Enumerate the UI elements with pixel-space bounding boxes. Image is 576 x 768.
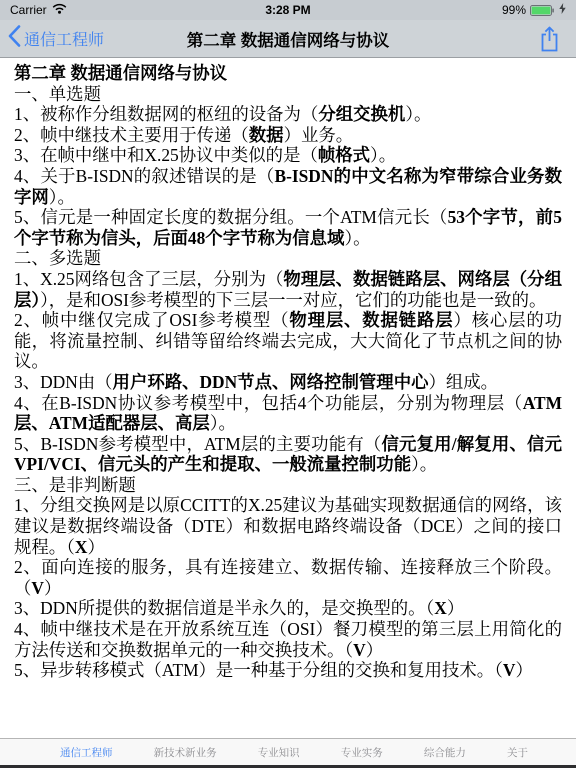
nav-bar: 通信工程师 第二章 数据通信网络与协议 [0, 20, 576, 58]
back-button[interactable]: 通信工程师 [8, 25, 104, 52]
share-icon [539, 39, 560, 56]
content-paragraph: 3、DDN由（用户环路、DDN节点、网络控制管理中心）组成。 [14, 372, 562, 393]
tab-new-tech-new-business[interactable]: 新技术新业务 [154, 745, 217, 760]
content-paragraph: 1、X.25网络包含了三层，分别为（物理层、数据链路层、网络层（分组层）），是和… [14, 269, 562, 310]
charging-bolt-icon [559, 3, 566, 17]
back-chevron-icon [8, 25, 21, 52]
content-paragraph: 第二章 数据通信网络与协议 [14, 63, 562, 84]
tab-professional-knowledge[interactable]: 专业知识 [258, 745, 300, 760]
back-button-label: 通信工程师 [24, 27, 104, 50]
wifi-icon [52, 3, 67, 17]
tab-professional-practice[interactable]: 专业实务 [341, 745, 383, 760]
content-paragraph: 5、B-ISDN参考模型中，ATM层的主要功能有（信元复用/解复用、信元VPI/… [14, 434, 562, 475]
share-button[interactable] [539, 26, 560, 57]
tab-about[interactable]: 关于 [507, 745, 528, 760]
carrier-label: Carrier [10, 3, 47, 17]
content-paragraph: 二、多选题 [14, 248, 562, 269]
tab-comprehensive-ability[interactable]: 综合能力 [424, 745, 466, 760]
clock: 3:28 PM [0, 3, 576, 17]
content-paragraph: 3、在帧中继中和X.25协议中类似的是（帧格式）。 [14, 145, 562, 166]
content-paragraph: 1、被称作分组数据网的枢纽的设备为（分组交换机）。 [14, 104, 562, 125]
content-paragraph: 3、DDN所提供的数据信道是半永久的，是交换型的。（X） [14, 598, 562, 619]
tab-bar: 通信工程师新技术新业务专业知识专业实务综合能力关于 [0, 738, 576, 765]
content-paragraph: 一、单选题 [14, 84, 562, 105]
content-paragraph: 1、分组交换网是以原CCITT的X.25建议为基础实现数据通信的网络，该建议是数… [14, 495, 562, 557]
content-paragraph: 2、帧中继仅完成了OSI参考模型（物理层、数据链路层）核心层的功能，将流量控制、… [14, 310, 562, 372]
tab-communication-engineer[interactable]: 通信工程师 [60, 745, 113, 760]
content-paragraph: 2、面向连接的服务，具有连接建立、数据传输、连接释放三个阶段。（V） [14, 557, 562, 598]
content-paragraph: 4、关于B-ISDN的叙述错误的是（B-ISDN的中文名称为窄带综合业务数字网）… [14, 166, 562, 207]
content-area[interactable]: 第二章 数据通信网络与协议一、单选题1、被称作分组数据网的枢纽的设备为（分组交换… [0, 58, 576, 681]
content-paragraph: 4、帧中继技术是在开放系统互连（OSI）餐刀模型的第三层上用简化的方法传送和交换… [14, 619, 562, 660]
battery-percent-label: 99% [502, 3, 526, 17]
content-paragraph: 4、在B-ISDN协议参考模型中，包括4个功能层，分别为物理层（ATM层、ATM… [14, 393, 562, 434]
battery-icon [530, 5, 555, 16]
content-paragraph: 5、异步转移模式（ATM）是一种基于分组的交换和复用技术。（V） [14, 660, 562, 681]
content-paragraph: 5、信元是一种固定长度的数据分组。一个ATM信元长（53个字节，前5个字节称为信… [14, 207, 562, 248]
status-bar: Carrier 3:28 PM 99% [0, 0, 576, 20]
content-paragraph: 2、帧中继技术主要用于传递（数据）业务。 [14, 125, 562, 146]
content-paragraph: 三、是非判断题 [14, 475, 562, 496]
